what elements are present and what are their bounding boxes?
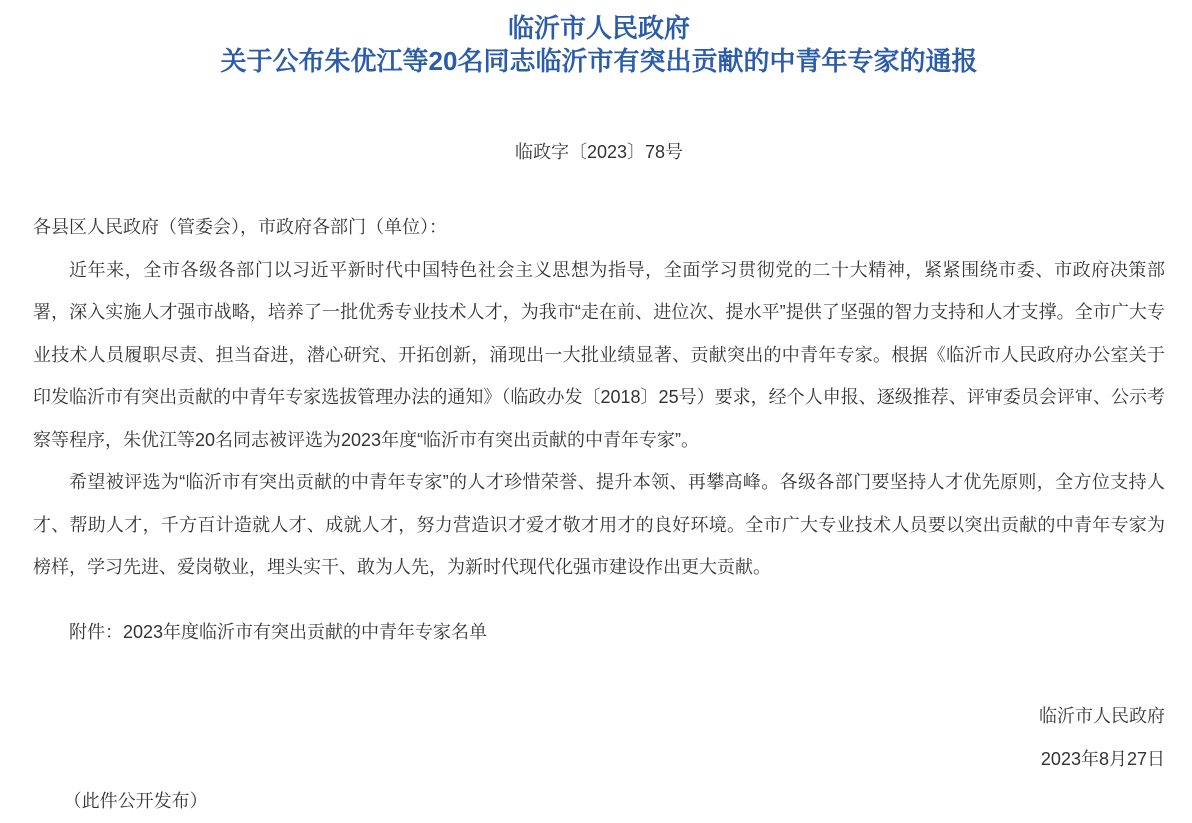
body-paragraph-1: 近年来，全市各级各部门以习近平新时代中国特色社会主义思想为指导，全面学习贯彻党的…	[33, 249, 1165, 462]
document-body: 各县区人民政府（管委会），市政府各部门（单位）： 近年来，全市各级各部门以习近平…	[33, 206, 1165, 823]
sign-date: 2023年8月27日	[33, 738, 1165, 781]
document-title-line1: 临沂市人民政府	[33, 12, 1165, 45]
document-number: 临政字〔2023〕78号	[33, 140, 1165, 165]
attachment-line: 附件：2023年度临沂市有突出贡献的中青年专家名单	[33, 611, 1165, 654]
signature-block: 临沂市人民政府 2023年8月27日	[33, 695, 1165, 780]
document-title-line2: 关于公布朱优江等20名同志临沂市有突出贡献的中青年专家的通报	[33, 45, 1165, 78]
document-header: 临沂市人民政府 关于公布朱优江等20名同志临沂市有突出贡献的中青年专家的通报	[33, 12, 1165, 78]
salutation-line: 各县区人民政府（管委会），市政府各部门（单位）：	[33, 206, 1165, 249]
signer-name: 临沂市人民政府	[33, 695, 1165, 738]
document-page: 临沂市人民政府 关于公布朱优江等20名同志临沂市有突出贡献的中青年专家的通报 临…	[0, 0, 1192, 823]
publish-note: （此件公开发布）	[33, 780, 1165, 823]
body-paragraph-2: 希望被评选为“临沂市有突出贡献的中青年专家”的人才珍惜荣誉、提升本领、再攀高峰。…	[33, 461, 1165, 589]
